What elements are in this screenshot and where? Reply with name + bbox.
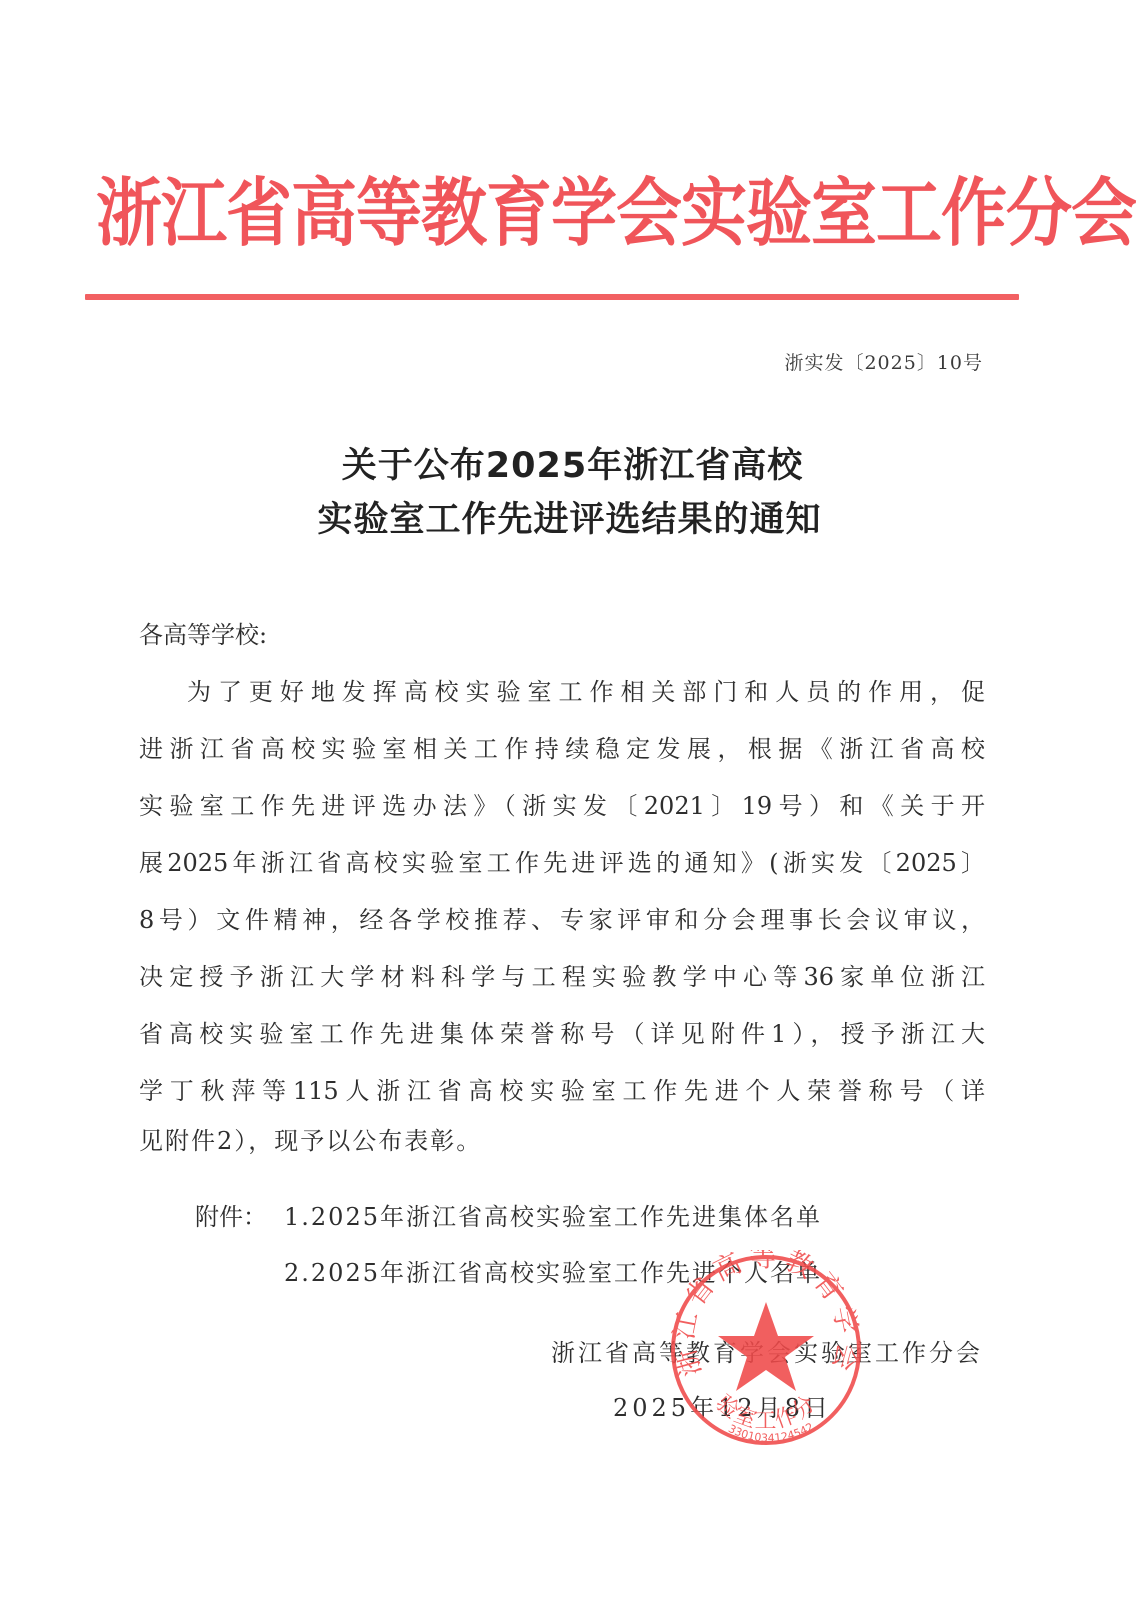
letterhead-char: 江 bbox=[161, 153, 226, 259]
letterhead-char: 等 bbox=[356, 153, 421, 259]
document-number: 浙实发〔2025〕10号 bbox=[784, 348, 983, 375]
salutation: 各高等学校: bbox=[139, 615, 267, 650]
body-line: 展2025年浙江省高校实验室工作先进评选的通知》(浙实发〔2025〕 bbox=[139, 843, 985, 878]
letterhead-char: 室 bbox=[811, 153, 876, 259]
seal-code: 3301034124542 bbox=[726, 1420, 816, 1444]
signature-date: 2025年12月8日 bbox=[613, 1388, 832, 1423]
body-line: 决定授予浙江大学材料科学与工程实验教学中心等36家单位浙江 bbox=[139, 957, 985, 992]
letterhead-char: 验 bbox=[746, 153, 811, 259]
body-line: 8号）文件精神，经各学校推荐、专家评审和分会理事长会议审议， bbox=[139, 900, 985, 935]
letterhead-char: 作 bbox=[941, 153, 1006, 259]
body-line: 进浙江省高校实验室相关工作持续稳定发展，根据《浙江省高校 bbox=[139, 729, 985, 764]
letterhead-org-name: 浙 江 省 高 等 教 育 学 会 实 验 室 工 作 分 会 bbox=[96, 152, 1008, 260]
letterhead-char: 育 bbox=[486, 153, 551, 259]
attachment-item-1: 1.2025年浙江省高校实验室工作先进集体名单 bbox=[284, 1197, 822, 1232]
letterhead-char: 省 bbox=[226, 153, 291, 259]
letterhead-char: 教 bbox=[421, 153, 486, 259]
letterhead-char: 会 bbox=[1071, 153, 1136, 259]
body-line: 实验室工作先进评选办法》（浙实发〔2021〕19号）和《关于开 bbox=[139, 786, 985, 821]
body-line: 省高校实验室工作先进集体荣誉称号（详见附件1），授予浙江大 bbox=[139, 1014, 985, 1049]
letterhead-char: 分 bbox=[1006, 153, 1071, 259]
svg-text:3301034124542: 3301034124542 bbox=[726, 1420, 816, 1444]
signature-organization: 浙江省高等教育学会实验室工作分会 bbox=[551, 1333, 983, 1368]
letterhead-divider bbox=[85, 294, 1019, 300]
letterhead-char: 工 bbox=[876, 153, 941, 259]
letterhead-char: 学 bbox=[551, 153, 616, 259]
body-line: 学丁秋萍等115人浙江省高校实验室工作先进个人荣誉称号（详 bbox=[139, 1071, 985, 1106]
body-line: 为了更好地发挥高校实验室工作相关部门和人员的作用，促 bbox=[187, 672, 985, 707]
letterhead-char: 浙 bbox=[96, 153, 161, 259]
letterhead-char: 实 bbox=[681, 153, 746, 259]
attachments-label: 附件： bbox=[195, 1197, 267, 1232]
letterhead-char: 会 bbox=[616, 153, 681, 259]
body-line: 见附件2），现予以公布表彰。 bbox=[139, 1121, 482, 1156]
attachment-item-2: 2.2025年浙江省高校实验室工作先进个人名单 bbox=[284, 1253, 822, 1288]
letterhead-char: 高 bbox=[291, 153, 356, 259]
document-title-line-2: 实验室工作先进评选结果的通知 bbox=[0, 492, 1139, 542]
document-title-line-1: 关于公布2025年浙江省高校 bbox=[0, 438, 1139, 488]
